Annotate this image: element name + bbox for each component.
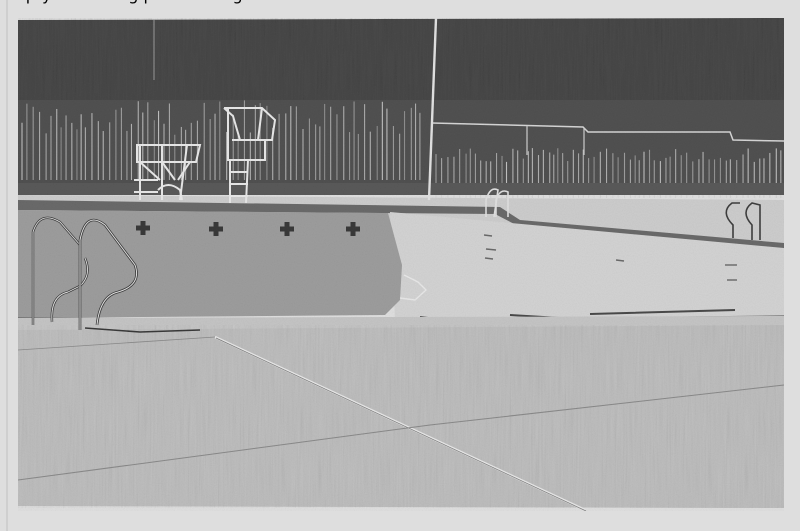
back-deck-edge <box>18 183 784 195</box>
artwork-title: Empty swimming pool etching <box>0 0 243 4</box>
plate <box>18 18 784 511</box>
tree-lower-band <box>18 100 784 190</box>
pool-near-wall <box>18 210 402 318</box>
pool-bottom-texture <box>18 325 784 508</box>
paper-left-margin-line <box>6 0 8 531</box>
pool-etching-artwork: Empty swimming pool etching <box>0 0 800 531</box>
